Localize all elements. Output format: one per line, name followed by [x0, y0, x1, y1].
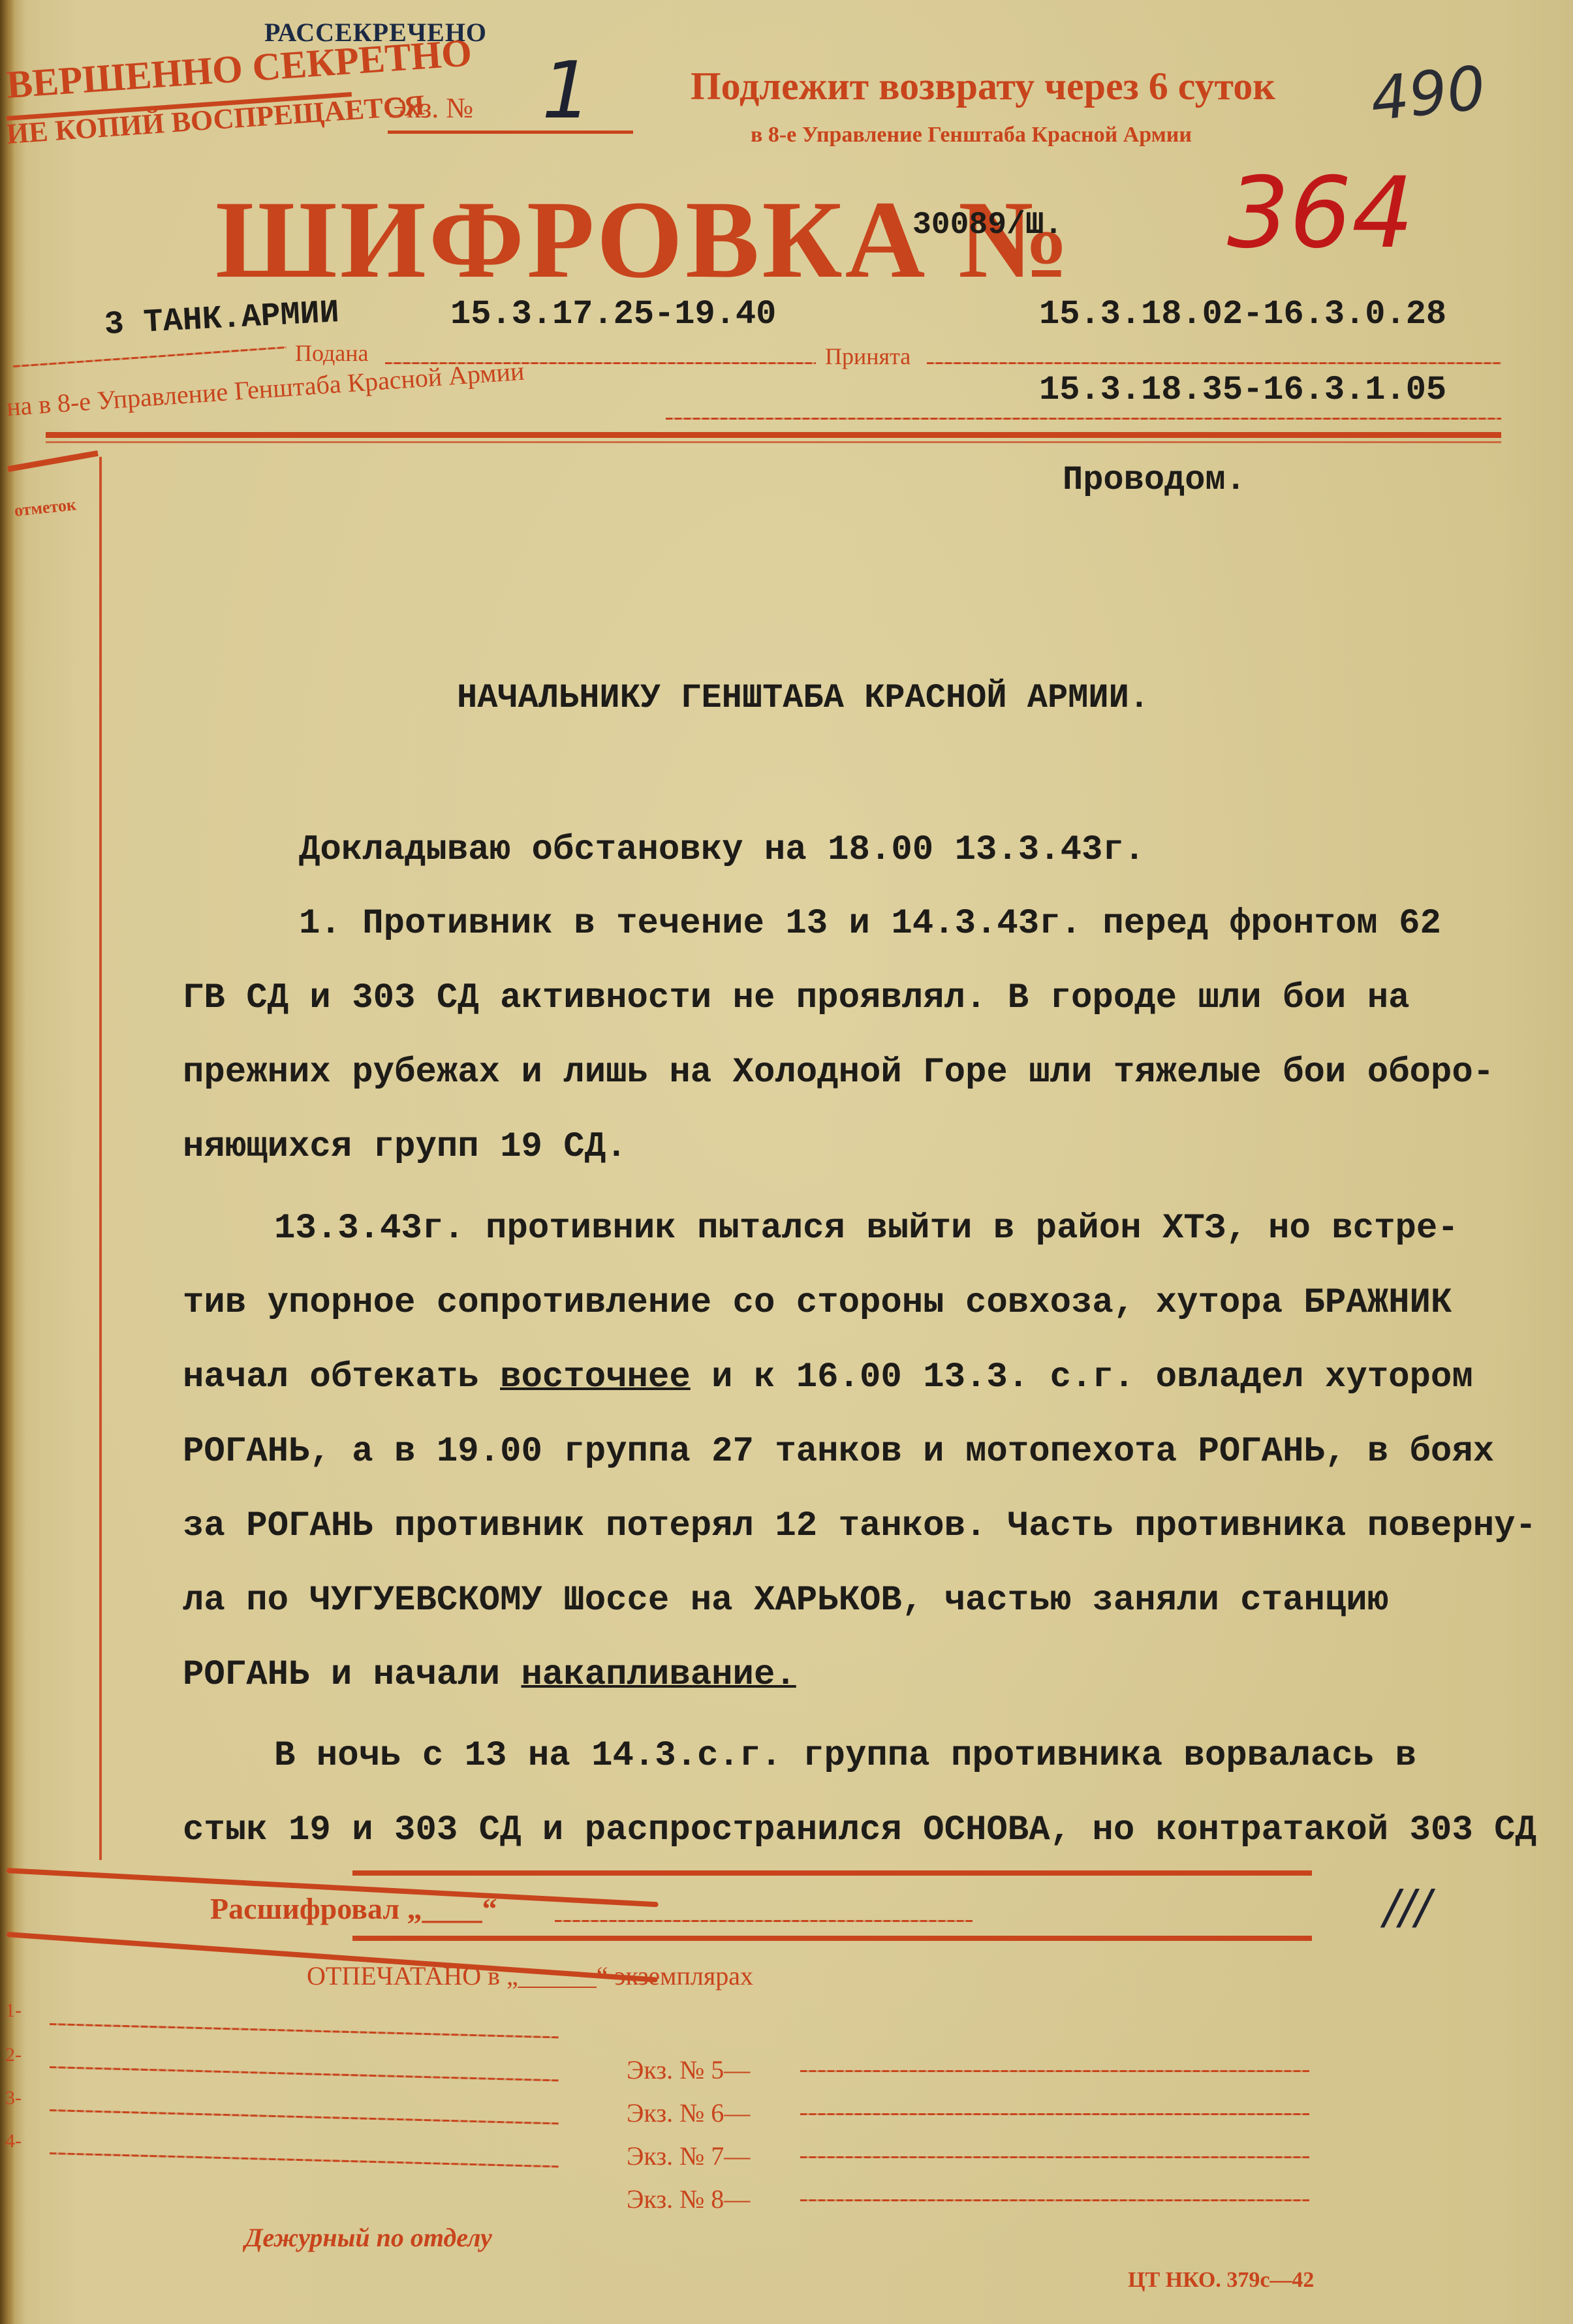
copy-6-line	[800, 2113, 1309, 2115]
received-time-1: 15.3.18.02-16.3.0.28	[1039, 295, 1446, 333]
copy-number-handwritten: 1	[542, 46, 591, 136]
left-copy-line-2	[50, 2066, 559, 2081]
body-line: 1. Противник в течение 13 и 14.3.43г. пе…	[299, 904, 1441, 944]
header-divider-thin	[46, 441, 1501, 443]
left-copy-line-3	[50, 2109, 559, 2124]
footer-rule-top	[352, 1870, 1312, 1876]
margin-rule	[99, 457, 102, 1860]
footer-rule-bottom	[352, 1936, 1312, 1941]
handwritten-number-490: 490	[1367, 53, 1489, 134]
return-destination: в 8-е Управление Генштаба Красной Армии	[751, 123, 1192, 147]
decoded-by-label: Расшифровал „____“	[210, 1891, 497, 1926]
left-copy-4: 4-	[5, 2130, 22, 2152]
left-copy-line-4	[50, 2152, 559, 2167]
sender-unit: 3 ТАНК.АРМИИ	[104, 294, 341, 344]
handwritten-number-364: 364	[1227, 157, 1414, 270]
left-copy-3: 3-	[5, 2087, 22, 2109]
destination-rule	[666, 418, 1501, 420]
printed-copies-label: ОТПЕЧАТАНО в „______“ экземплярах	[307, 1960, 753, 1991]
filed-time: 15.3.17.25-19.40	[450, 295, 776, 333]
cipher-number: 30089/Ш.	[912, 208, 1063, 243]
filed-rule-left	[13, 347, 287, 367]
binding-edge	[0, 0, 14, 2324]
transmission-method: Проводом.	[1063, 461, 1246, 499]
body-line: няющихся групп 19 СД.	[183, 1127, 627, 1167]
copy-6-label: Экз. № 6—	[627, 2098, 750, 2128]
copy-8-label: Экз. № 8—	[627, 2184, 750, 2214]
received-time-2: 15.3.18.35-16.3.1.05	[1039, 371, 1446, 409]
body-line: РОГАНЬ, а в 19.00 группа 27 танков и мот…	[183, 1432, 1494, 1472]
left-copy-1: 1-	[5, 2000, 22, 2022]
continuation-mark: ///	[1384, 1880, 1431, 1934]
body-line: ГВ СД и 303 СД активности не проявлял. В…	[183, 978, 1410, 1018]
body-line: прежних рубежах и лишь на Холодной Горе …	[183, 1053, 1494, 1092]
body-line: Докладываю обстановку на 18.00 13.3.43г.	[299, 830, 1145, 870]
body-text: начал обтекать	[183, 1357, 500, 1397]
header-divider-thick	[46, 432, 1501, 438]
body-line: В ночь с 13 на 14.3.с.г. группа противни…	[274, 1736, 1416, 1776]
decoded-by-line	[555, 1920, 973, 1922]
underlined-word: восточнее	[500, 1357, 691, 1397]
body-line: 13.3.43г. противник пытался выйти в райо…	[274, 1209, 1459, 1248]
received-rule	[927, 362, 1501, 364]
body-line: стык 19 и 303 СД и распространился ОСНОВ…	[183, 1810, 1536, 1850]
destination-department: на в 8-е Управление Генштаба Красной Арм…	[5, 356, 525, 422]
copy-8-line	[800, 2199, 1309, 2201]
body-text: РОГАНЬ и начали	[183, 1655, 521, 1695]
body-line: тив упорное сопротивление со стороны сов…	[183, 1283, 1452, 1323]
addressee: НАЧАЛЬНИКУ ГЕНШТАБА КРАСНОЙ АРМИИ.	[457, 679, 1149, 717]
body-line: ла по ЧУГУЕВСКОМУ Шоссе на ХАРЬКОВ, част…	[183, 1581, 1388, 1620]
left-copy-2: 2-	[5, 2044, 22, 2066]
received-label: Принята	[825, 343, 911, 370]
underlined-word: накапливание.	[521, 1655, 796, 1695]
copy-5-line	[800, 2070, 1309, 2072]
header-divider-curve	[7, 450, 98, 472]
copy-number-label: Экз. №	[388, 91, 473, 125]
margin-notes-label: отметок	[13, 495, 77, 521]
copy-7-label: Экз. № 7—	[627, 2141, 750, 2171]
form-code: ЦТ НКО. 379с—42	[1128, 2268, 1314, 2293]
copy-number-rule	[388, 131, 633, 134]
body-line: РОГАНЬ и начали накапливание.	[183, 1655, 796, 1695]
document-page: РАССЕКРЕЧЕНО ВЕРШЕННО СЕКРЕТНО ИЕ КОПИЙ …	[0, 0, 1573, 2324]
body-line: начал обтекать восточнее и к 16.00 13.3.…	[183, 1357, 1473, 1397]
filed-label: Подана	[295, 339, 369, 367]
return-notice: Подлежит возврату через 6 суток	[691, 64, 1275, 109]
copy-7-line	[800, 2156, 1309, 2158]
duty-officer-label: Дежурный по отделу	[245, 2222, 492, 2253]
body-text: и к 16.00 13.3. с.г. овладел хутором	[691, 1357, 1473, 1397]
copy-5-label: Экз. № 5—	[627, 2054, 750, 2085]
body-line: за РОГАНЬ противник потерял 12 танков. Ч…	[183, 1506, 1536, 1546]
left-copy-line-1	[50, 2023, 559, 2038]
